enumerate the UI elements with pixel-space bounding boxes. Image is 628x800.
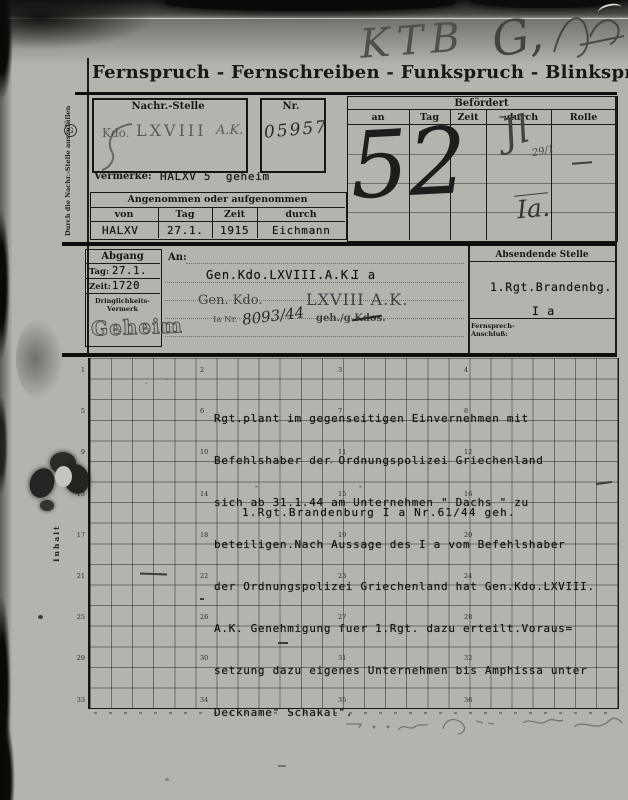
speck — [38, 615, 43, 619]
hw-dot — [200, 598, 204, 600]
an-stamp-gen-kdo: Gen. Kdo. — [198, 293, 262, 308]
an-addressee-suffix: I a — [352, 268, 376, 282]
grid-number: 31 — [338, 654, 346, 662]
message-signature: 1.Rgt.Brandenburg I a Nr.61/44 geh. — [242, 506, 516, 519]
line — [90, 221, 345, 222]
hw-ktb: KTB — [359, 14, 469, 67]
an-stamp-ia-nr: Ia Nr. — [213, 315, 237, 325]
hw-tick: ″ — [255, 485, 258, 494]
line — [85, 278, 160, 279]
grid-number: 34 — [200, 696, 208, 704]
an-stamp-unit: LXVIII A.K. — [306, 290, 408, 309]
grid-number: 8 — [464, 407, 468, 415]
scanned-form: KTB G, G Durch die Nachr.-Stelle auszufü… — [0, 0, 628, 800]
nachr-stelle-label: Nachr.-Stelle — [94, 101, 242, 112]
line — [468, 261, 616, 262]
hw-dash — [140, 573, 167, 575]
hw-tick: ″ — [330, 461, 333, 470]
angenommen-val-von: HALXV — [102, 224, 139, 237]
message-line: Rgt.plant im gegenseitigen Einvernehmen … — [214, 412, 595, 426]
line — [468, 246, 470, 355]
angenommen-col-zeit: Zeit — [212, 209, 257, 220]
hw-dash — [596, 481, 612, 485]
grid-number: 19 — [338, 531, 346, 539]
grid-number: 26 — [200, 613, 208, 621]
line — [85, 293, 160, 294]
line — [347, 109, 616, 110]
grid-number: 5 — [72, 407, 85, 415]
fernsprech-line2: Anschluß: — [471, 330, 508, 338]
speck — [278, 765, 286, 767]
an-label: An: — [168, 252, 187, 263]
grid-number: 20 — [464, 531, 472, 539]
grid-number: 3 — [338, 366, 342, 374]
signature-scribble — [546, 6, 626, 66]
message-body: Rgt.plant im gegenseitigen Einvernehmen … — [214, 384, 595, 748]
hw-initial: G, — [488, 6, 547, 68]
message-line: beteiligen.Nach Aussage des I a vom Befe… — [214, 538, 595, 552]
grid-number: 10 — [200, 448, 208, 456]
grid-number: 25 — [72, 613, 85, 621]
angenommen-val-zeit: 1915 — [220, 224, 249, 237]
angenommen-val-tag: 27.1. — [167, 224, 204, 237]
ink-smudge-hole — [55, 466, 72, 487]
grid-number: 21 — [72, 572, 85, 580]
message-line: setzung dazu eigenes Unternehmen bis Amp… — [214, 664, 595, 678]
angenommen-title: Angenommen oder aufgenommen — [92, 194, 343, 205]
hw-52: 52 — [348, 115, 470, 213]
message-line: der Ordnungspolizei Griechenland hat Gen… — [214, 580, 595, 594]
line — [468, 318, 616, 319]
grid-number: 29 — [72, 654, 85, 662]
grid-number: 1 — [72, 366, 85, 374]
grid-number: 16 — [464, 490, 472, 498]
scan-left-edge — [0, 0, 18, 800]
line — [85, 263, 160, 264]
grid-number: 27 — [338, 613, 346, 621]
sidebar-fill-note: Durch die Nachr.-Stelle auszufüllen — [64, 140, 72, 236]
grid-number: 36 — [464, 696, 472, 704]
grid-number: 22 — [200, 572, 208, 580]
grid-number: 24 — [464, 572, 472, 580]
message-grid: Rgt.plant im gegenseitigen Einvernehmen … — [88, 358, 619, 709]
section-divider — [62, 242, 617, 246]
grid-number: 7 — [338, 407, 342, 415]
nr-label: Nr. — [262, 101, 320, 112]
befoerdert-title: Befördert — [349, 98, 614, 109]
grid-number: 9 — [72, 448, 85, 456]
nachr-stamp-ak: A.K. — [216, 123, 243, 138]
grid-number: 17 — [72, 531, 85, 539]
grid-number: 33 — [72, 696, 85, 704]
dotted-line — [165, 282, 464, 283]
dringlichkeit-line2: Vermerk — [86, 305, 159, 313]
grid-number: 4 — [464, 366, 468, 374]
vermerke-label: Vermerke: — [94, 171, 152, 182]
speck — [165, 778, 169, 781]
grid-number: 15 — [338, 490, 346, 498]
bottom-scribbles — [338, 714, 628, 742]
angenommen-val-durch: Eichmann — [272, 224, 331, 237]
title-rule — [75, 92, 617, 95]
grid-number: 6 — [200, 407, 204, 415]
grid-number: 12 — [464, 448, 472, 456]
line — [615, 96, 617, 355]
absender-label: Absendende Stelle — [469, 250, 615, 260]
fernsprech-line1: Fernsprech- — [471, 322, 515, 330]
sidebar-inhalt-label: Inhalt — [52, 512, 61, 562]
grid-number: 32 — [464, 654, 472, 662]
hw-tick: ″ — [359, 485, 362, 494]
grid-number: 2 — [200, 366, 204, 374]
dotted-line — [165, 336, 464, 337]
grid-number: 18 — [200, 531, 208, 539]
grid-number: 30 — [200, 654, 208, 662]
grid-top-divider — [62, 353, 617, 357]
grid-number: 11 — [338, 448, 346, 456]
abgang-zeit-label: Zeit: — [89, 282, 111, 292]
absender-line1: 1.Rgt.Brandenbg. — [490, 280, 612, 294]
grid-number: 14 — [200, 490, 208, 498]
line — [90, 207, 345, 208]
abgang-tag-label: Tag: — [89, 267, 109, 277]
befoerdert-col-rolle: Rolle — [551, 112, 616, 123]
stain-mid-left — [16, 318, 64, 400]
ink-smudge-4 — [40, 500, 54, 511]
grid-number: 28 — [464, 613, 472, 621]
vermerke-value: HALXV 5 geheim — [160, 170, 270, 183]
hw-tick: ´ — [144, 382, 148, 391]
an-addressee: Gen.Kdo.LXVIII.A.K. — [206, 268, 357, 282]
dotted-line — [186, 263, 464, 264]
hw-tick: ` — [165, 378, 169, 387]
nachr-stamp-unit: LXVIII — [136, 121, 207, 140]
abgang-label: Abgang — [87, 251, 158, 262]
dringlichkeit-line1: Dringlichkeits- — [86, 297, 159, 305]
angenommen-col-von: von — [90, 209, 158, 220]
abgang-tag-value: 27.1. — [112, 265, 147, 277]
hw-dash — [278, 642, 288, 644]
grid-number: 13 — [72, 490, 85, 498]
absender-line2: I a — [532, 304, 555, 318]
line — [486, 109, 487, 240]
message-line: Befehlshaber der Ordnungspolizei Grieche… — [214, 454, 595, 468]
dotted-line — [165, 318, 464, 319]
grid-number: 35 — [338, 696, 346, 704]
nachr-stamp-kdo: Kdo. — [102, 126, 129, 140]
form-title: Fernspruch - Fernschreiben - Funkspruch … — [92, 62, 612, 83]
hw-ia: Ia. — [516, 195, 551, 223]
grid-number: 23 — [338, 572, 346, 580]
angenommen-col-tag: Tag — [158, 209, 212, 220]
message-line: A.K. Genehmigung fuer 1.Rgt. dazu erteil… — [214, 622, 595, 636]
abgang-zeit-value: 1720 — [112, 280, 140, 292]
angenommen-col-durch: durch — [257, 209, 345, 220]
